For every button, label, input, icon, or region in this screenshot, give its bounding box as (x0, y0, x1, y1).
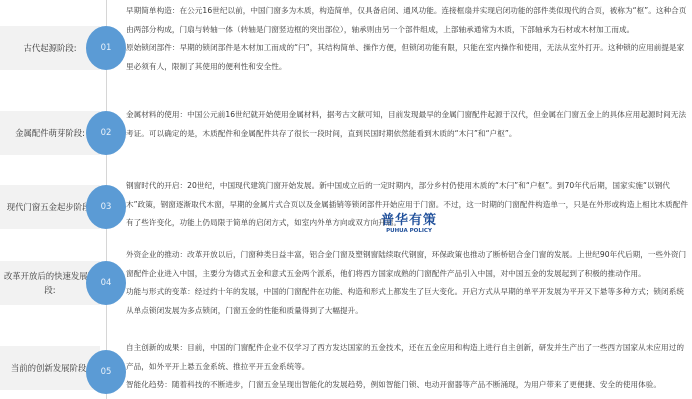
watermark-logo: 普华有策 PUHUA POLICY (381, 214, 437, 235)
stage-number-circle-05: 05 (86, 350, 126, 394)
stage-label-04: 改革开放后的快速发展阶段: (0, 261, 100, 305)
stage-02-paragraph-1: 金属材料的使用：中国公元前16世纪就开始使用金属材料，据考古文献可知，目前发现最… (126, 106, 688, 143)
stage-label-03: 现代门窗五金起步阶段: (0, 185, 100, 229)
stage-description-01: 早期简单构造：在公元16世纪以前，中国门窗多为木质，构造简单，仅具备启闭、通风功… (126, 2, 688, 76)
stage-label-01: 古代起源阶段: (0, 26, 100, 70)
stage-label-02: 金属配件萌芽阶段: (0, 111, 100, 155)
stage-05-paragraph-1: 自主创新的成果：目前，中国的门窗配件企业不仅学习了西方发达国家的五金技术，还在五… (126, 339, 688, 376)
stage-01-paragraph-2: 原始锁闭部件：早期的锁闭部件是木材加工而成的“闩”，其结构简单、操作方便，但锁闭… (126, 39, 688, 76)
watermark-chinese: 普华有策 (381, 214, 437, 228)
stage-number-circle-03: 03 (86, 185, 126, 229)
stage-05-paragraph-2: 智能化趋势：随着科技的不断进步，门窗五金呈现出智能化的发展趋势，例如智能门锁、电… (126, 376, 688, 395)
stage-04-paragraph-1: 外资企业的推动：改革开放以后，门窗种类日益丰富，铝合金门窗及塑钢窗陆续取代钢窗，… (126, 246, 688, 283)
stage-number-circle-02: 02 (86, 111, 126, 155)
stage-number-circle-01: 01 (86, 26, 126, 70)
stage-description-05: 自主创新的成果：目前，中国的门窗配件企业不仅学习了西方发达国家的五金技术，还在五… (126, 339, 688, 395)
stage-number-circle-04: 04 (86, 261, 126, 305)
stage-description-02: 金属材料的使用：中国公元前16世纪就开始使用金属材料，据考古文献可知，目前发现最… (126, 106, 688, 143)
stage-label-05: 当前的创新发展阶段: (0, 346, 100, 390)
stage-04-paragraph-2: 功能与形式的变革：经过约十年的发展，中国的门窗配件在功能、构造和形式上都发生了巨… (126, 283, 688, 320)
watermark-english: PUHUA POLICY (381, 228, 437, 235)
stage-01-paragraph-1: 早期简单构造：在公元16世纪以前，中国门窗多为木质，构造简单，仅具备启闭、通风功… (126, 2, 688, 39)
stage-description-04: 外资企业的推动：改革开放以后，门窗种类日益丰富，铝合金门窗及塑钢窗陆续取代钢窗，… (126, 246, 688, 320)
